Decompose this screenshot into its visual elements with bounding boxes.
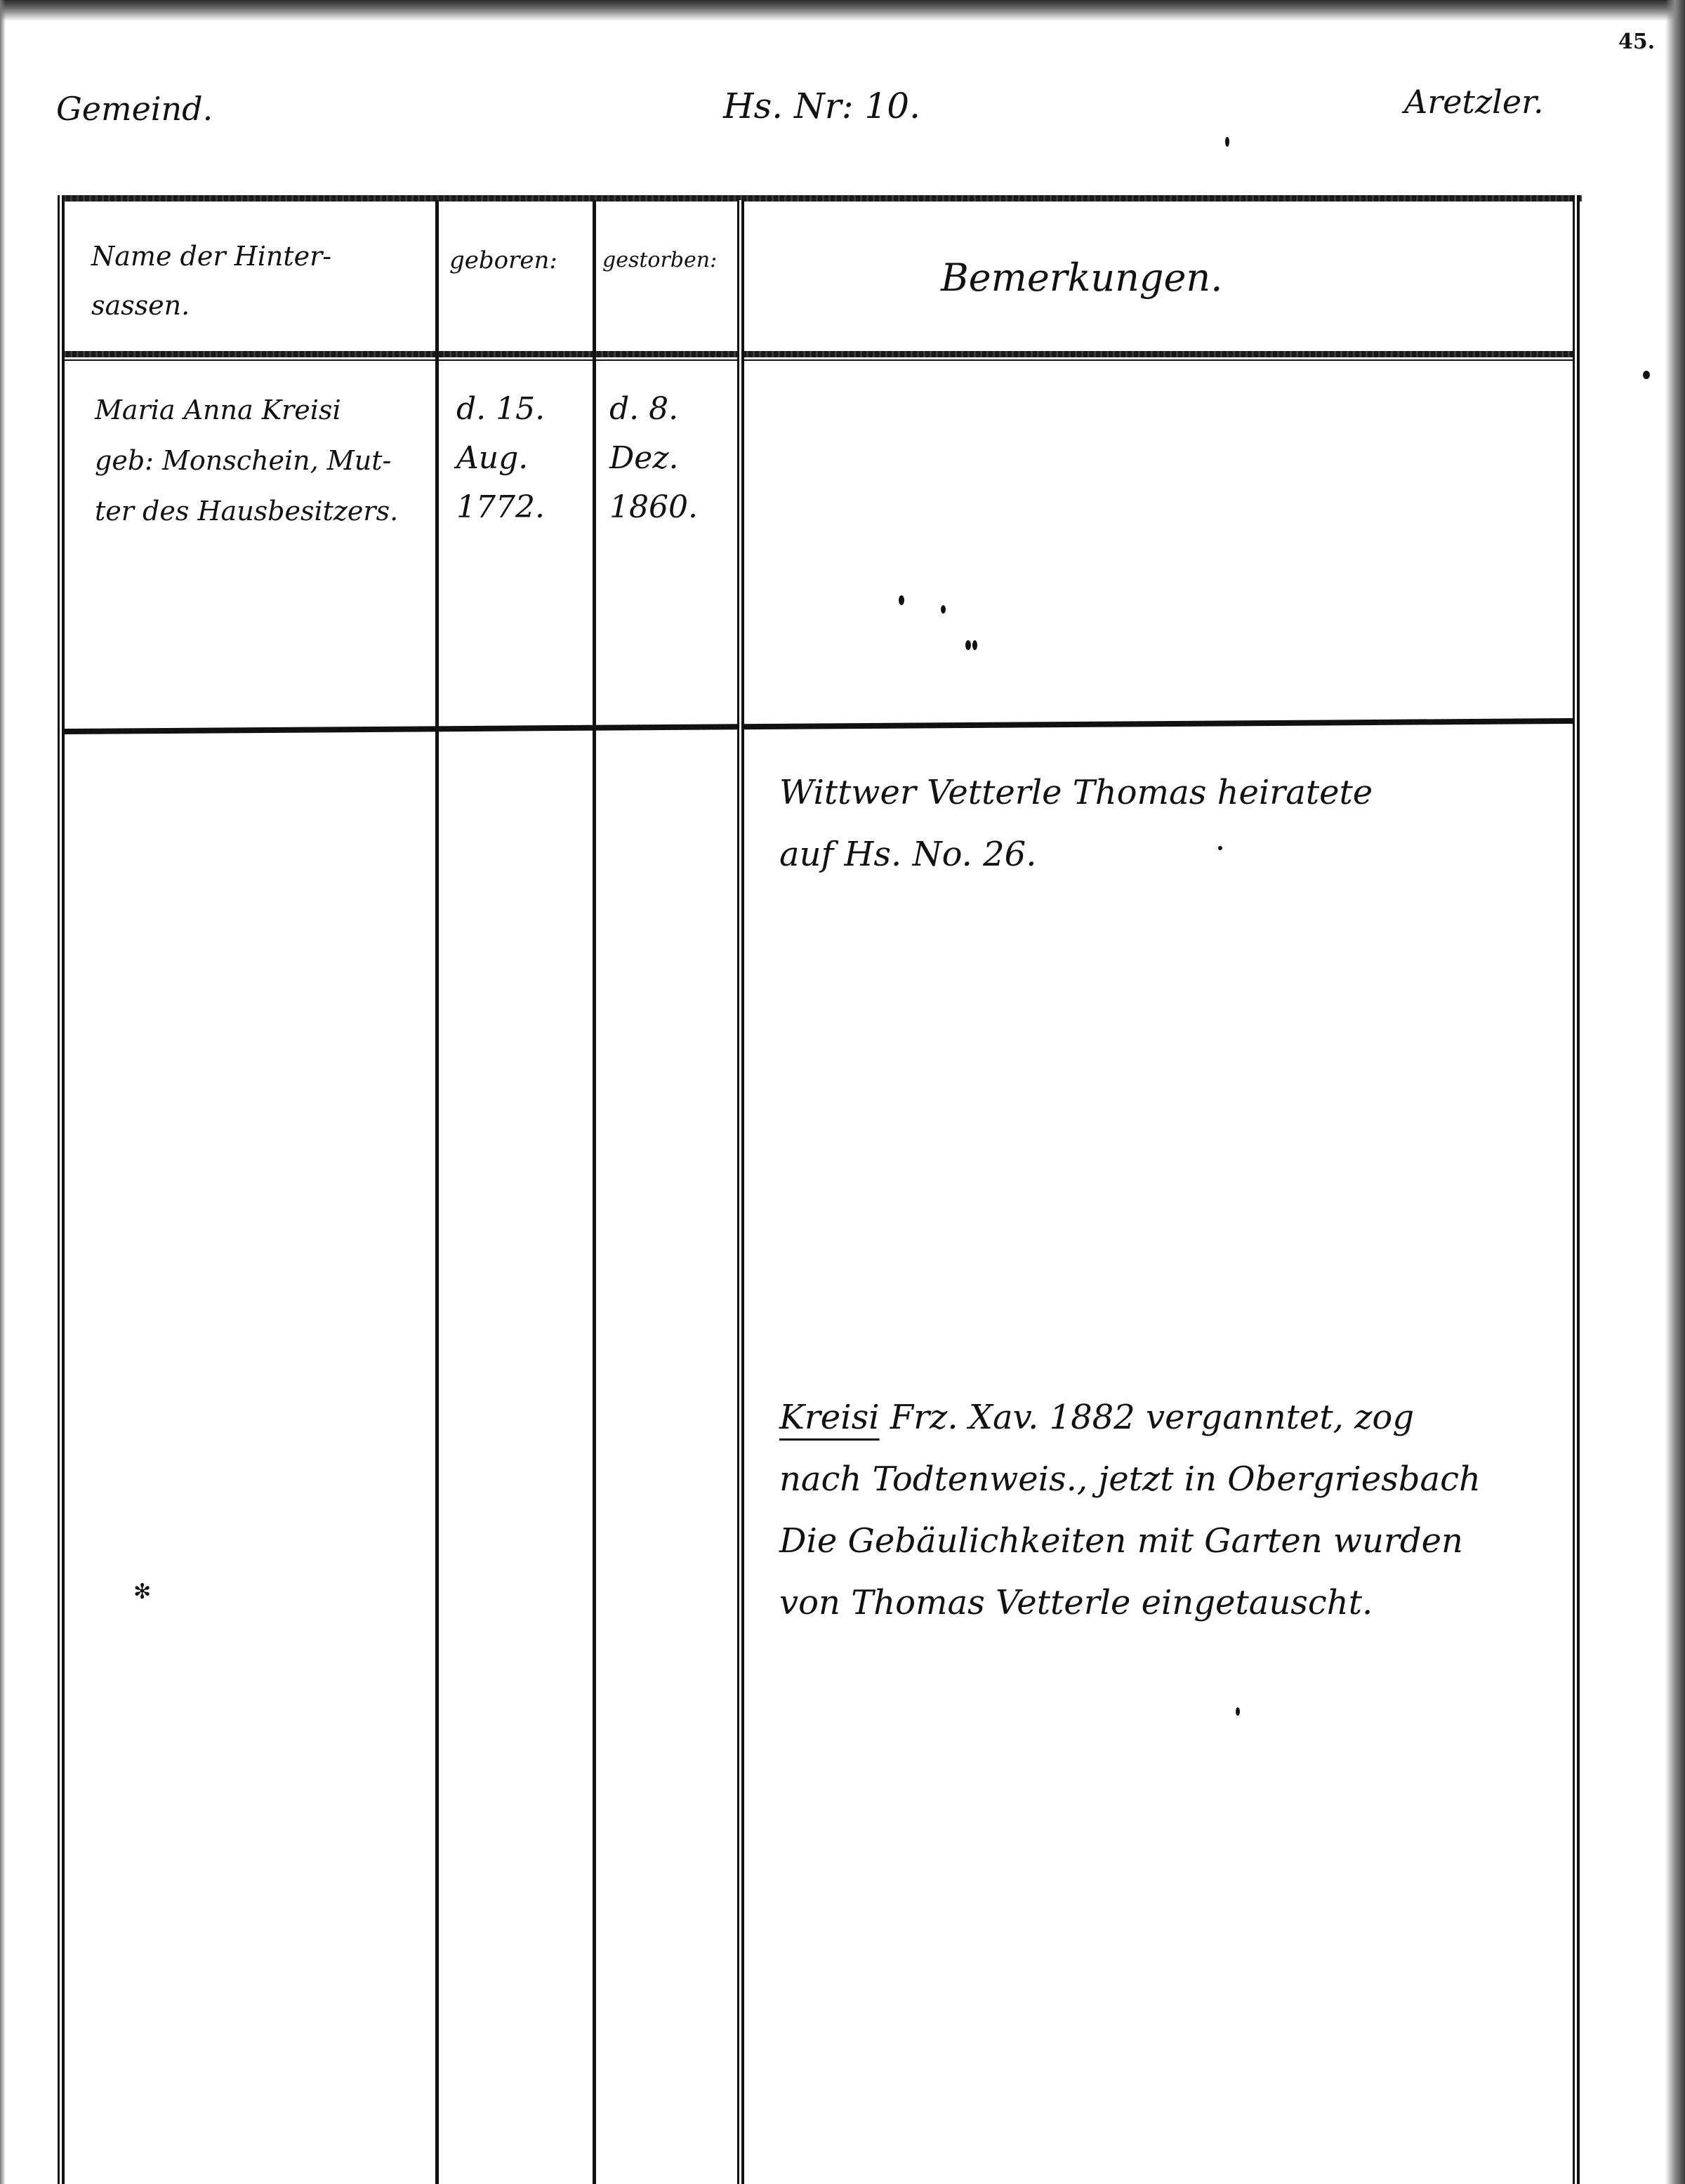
table-top-border: [60, 195, 1582, 201]
cell-name: Maria Anna Kreisi geb: Monschein, Mut- t…: [95, 385, 432, 536]
ink-speck: [1225, 137, 1229, 147]
cell-born: d. 15. Aug. 1772.: [456, 385, 590, 532]
remarks-line: auf Hs. No. 26.: [779, 823, 1373, 885]
page-edge-shadow-top: [0, 0, 1685, 21]
cell-remarks-entry-2: Kreisi Frz. Xav. 1882 verganntet, zog na…: [779, 1386, 1481, 1634]
column-divider-born-died: [593, 200, 596, 2184]
column-header-name: Name der Hinter- sassen.: [91, 232, 428, 330]
remarks-line: nach Todtenweis., jetzt in Obergriesbach: [779, 1448, 1481, 1510]
asterisk-mark: ✻: [133, 1580, 151, 1604]
ink-speck: [972, 640, 977, 650]
ink-speck: [1218, 846, 1222, 850]
remarks-line: Kreisi Frz. Xav. 1882 verganntet, zog: [779, 1386, 1481, 1448]
column-header-died: gestorben:: [602, 235, 717, 286]
header-municipality: Gemeind.: [56, 90, 213, 128]
page-edge-shadow-left: [0, 0, 6, 2184]
column-divider-name-born: [435, 200, 439, 2184]
remarks-line: Die Gebäulichkeiten mit Garten wurden: [779, 1510, 1481, 1572]
underlined-surname: Kreisi: [779, 1398, 880, 1437]
table-right-border: [1573, 195, 1580, 2184]
ink-speck: [1236, 1707, 1240, 1716]
ink-speck: [941, 605, 946, 614]
page-number: 45.: [1618, 29, 1655, 54]
table-left-border: [58, 195, 65, 2184]
header-house-number: Hs. Nr: 10.: [723, 86, 920, 126]
cell-died: d. 8. Dez. 1860.: [609, 385, 743, 532]
ink-speck: [965, 640, 971, 650]
header-bottom-border: [60, 351, 1576, 357]
remarks-line: von Thomas Vetterle eingetauscht.: [779, 1572, 1481, 1634]
column-header-remarks: Bemerkungen.: [941, 253, 1222, 303]
cell-remarks-entry-1: Wittwer Vetterle Thomas heiratete auf Hs…: [779, 762, 1373, 885]
page-edge-shadow-right: [1665, 0, 1685, 2184]
header-bottom-border-inner: [60, 359, 1576, 361]
column-header-born: geboren:: [449, 235, 557, 286]
row-separator: [63, 718, 1580, 734]
remarks-line-rest: Frz. Xav. 1882 verganntet, zog: [880, 1398, 1415, 1437]
header-owner-name: Aretzler.: [1404, 83, 1544, 121]
ink-speck: [1643, 371, 1650, 379]
remarks-line: Wittwer Vetterle Thomas heiratete: [779, 762, 1373, 823]
ink-speck: [899, 595, 904, 605]
